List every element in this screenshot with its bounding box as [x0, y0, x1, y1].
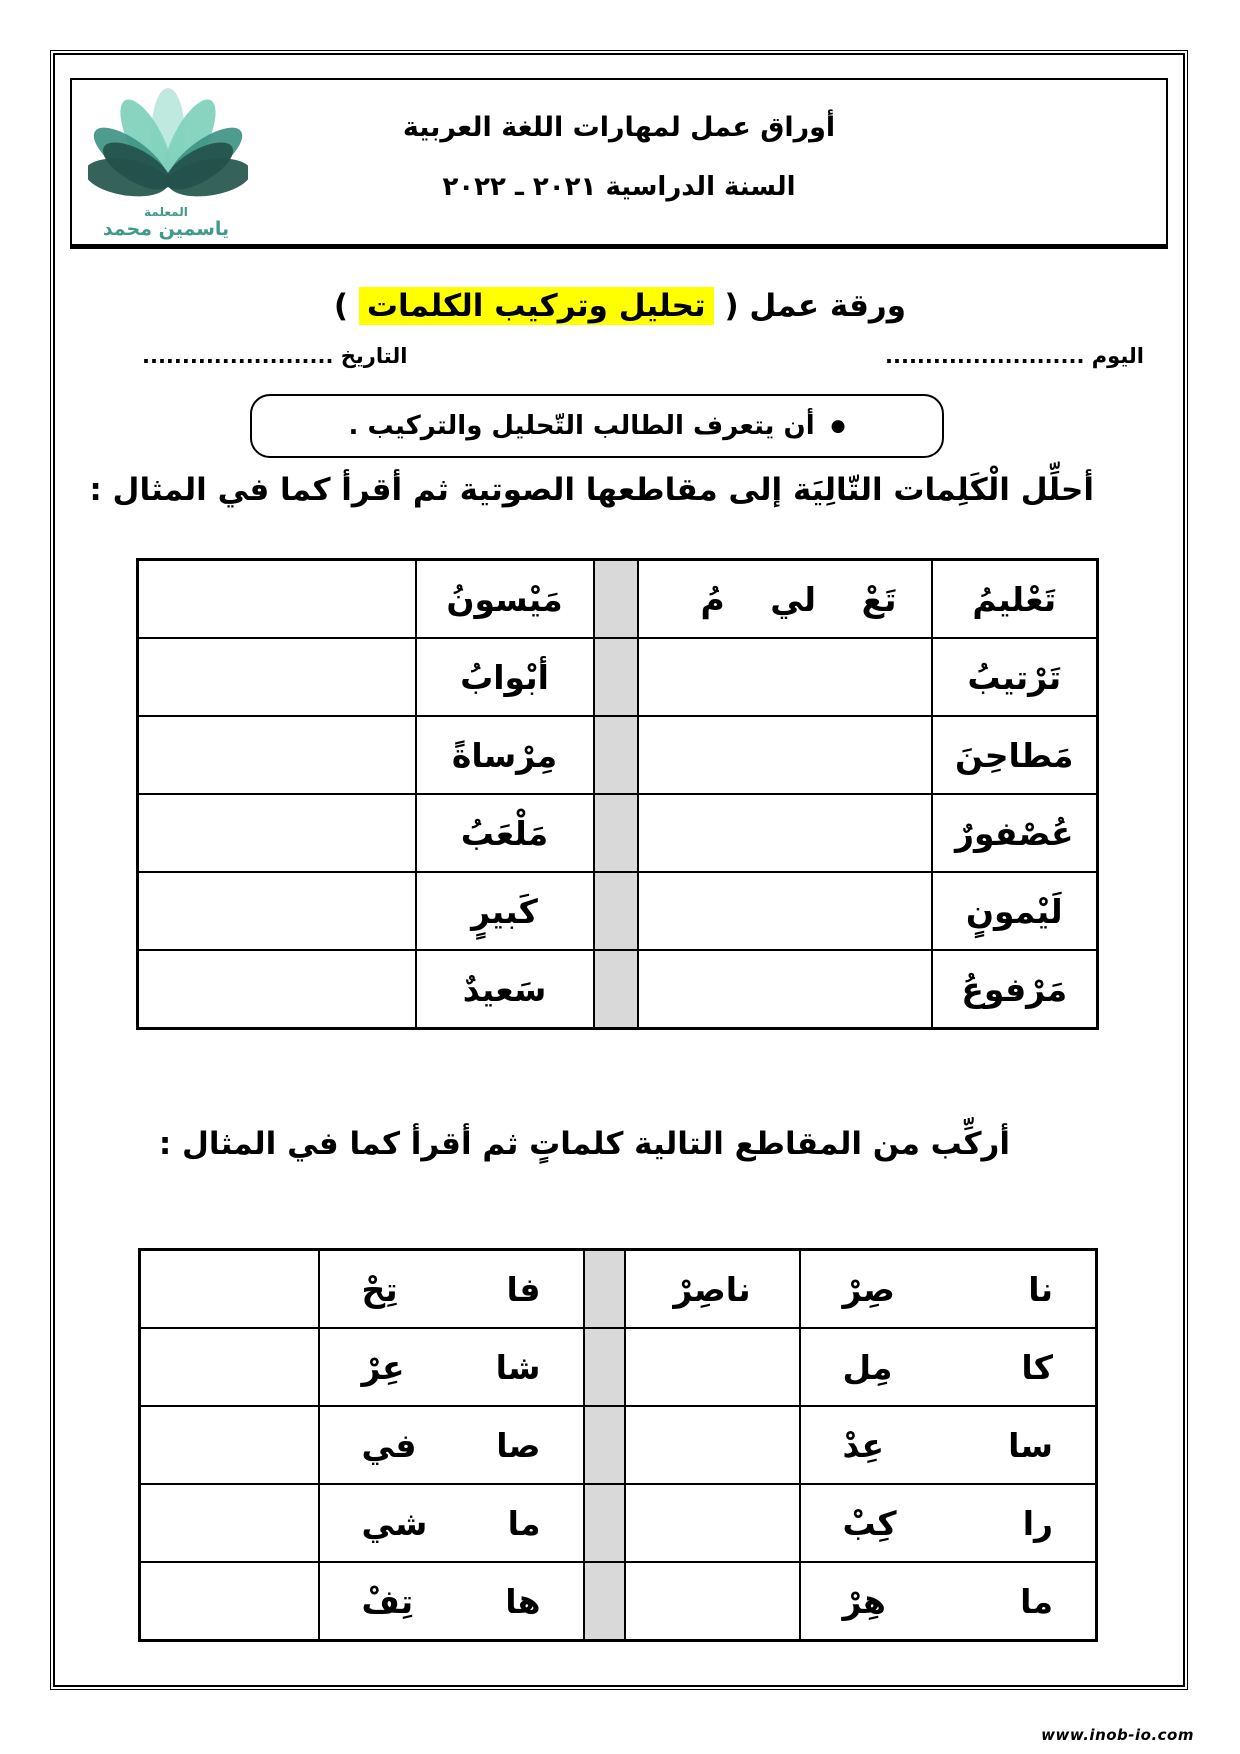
table-row: مَطاحِنَ مِرْساةً	[138, 716, 1098, 794]
date-dotted-line: ........................	[142, 344, 333, 368]
page-title-highlighted: تحليل وتركيب الكلمات	[359, 287, 714, 325]
syllables-cell: صا في	[319, 1406, 584, 1484]
logo-teacher-name: ياسمين محمد	[84, 220, 248, 240]
page-title-suffix: )	[334, 288, 348, 324]
word-cell: سَعيدٌ	[416, 950, 594, 1029]
bullet-icon: ●	[831, 418, 846, 435]
table-row: نا صِرْ ناصِرْ فا تِحْ	[140, 1250, 1097, 1329]
logo-teacher-label: المعلمة	[139, 206, 193, 219]
syllables-cell: نا صِرْ	[800, 1250, 1097, 1329]
table-row: لَيْمونٍ كَبيرٍ	[138, 872, 1098, 950]
syllable: لي	[770, 580, 816, 619]
school-logo: المعلمة ياسمين محمد	[84, 82, 248, 242]
syllable: مِل	[843, 1348, 893, 1387]
separator-cell	[594, 794, 638, 872]
table-row: را كِبْ ما شي	[140, 1484, 1097, 1562]
syllable: كِبْ	[843, 1504, 897, 1543]
table-row: ما هِرْ ها تِفْ	[140, 1562, 1097, 1641]
syllable: كا	[1021, 1348, 1053, 1387]
syllable: سا	[1008, 1426, 1053, 1465]
syllables-cell: سا عِدْ	[800, 1406, 1097, 1484]
syllables-cell: كا مِل	[800, 1328, 1097, 1406]
logo-caption: المعلمة ياسمين محمد	[84, 203, 248, 240]
word-answer-cell	[625, 1406, 800, 1484]
syllable: شا	[496, 1348, 541, 1387]
separator-cell	[594, 872, 638, 950]
page-title-prefix: ورقة عمل (	[724, 288, 906, 324]
separator-cell	[584, 1406, 625, 1484]
syllables-cell: فا تِحْ	[319, 1250, 584, 1329]
watermark-url: www.inob-io.com	[1041, 1726, 1194, 1744]
syllable: تِفْ	[362, 1582, 414, 1621]
analysis-answer-cell	[138, 950, 416, 1029]
analysis-answer-cell	[638, 950, 932, 1029]
day-field: اليوم .........................	[885, 344, 1144, 368]
word-cell: مَلْعَبُ	[416, 794, 594, 872]
analysis-example-cell: تَعْ لي مُ	[638, 560, 932, 639]
separator-cell	[594, 716, 638, 794]
syllable: فا	[507, 1270, 541, 1309]
syllable: عِدْ	[843, 1426, 885, 1465]
syllable: مُ	[701, 580, 725, 619]
date-field: التاريخ ........................	[142, 344, 407, 368]
word-answer-cell	[140, 1406, 319, 1484]
syllable: تَعْ	[862, 580, 897, 619]
table-row: تَعْليمُ تَعْ لي مُ مَيْسونُ	[138, 560, 1098, 639]
word-answer-cell	[625, 1328, 800, 1406]
syllables-cell: ما شي	[319, 1484, 584, 1562]
word-cell: مَطاحِنَ	[932, 716, 1098, 794]
section1-heading: أحلِّل الْكَلِمات التّالِيَة إلى مقاطعها…	[89, 472, 1094, 508]
day-dotted-line: .........................	[885, 344, 1084, 368]
objective-text: أن يتعرف الطالب التّحليل والتركيب .	[349, 411, 815, 441]
word-cell: مَيْسونُ	[416, 560, 594, 639]
syllable: ها	[505, 1582, 540, 1621]
syllable: صِرْ	[843, 1270, 895, 1309]
word-cell: تَعْليمُ	[932, 560, 1098, 639]
syllable: تِحْ	[362, 1270, 398, 1309]
section2-heading: أركِّب من المقاطع التالية كلماتٍ ثم أقرأ…	[159, 1126, 1010, 1162]
syllables-cell: شا عِرْ	[319, 1328, 584, 1406]
syllable: عِرْ	[362, 1348, 405, 1387]
syllables-cell: ما هِرْ	[800, 1562, 1097, 1641]
word-cell: أبْوابُ	[416, 638, 594, 716]
word-answer-cell	[625, 1562, 800, 1641]
analysis-answer-cell	[138, 560, 416, 639]
syllable: نا	[1028, 1270, 1053, 1309]
analysis-answer-cell	[138, 872, 416, 950]
composition-table: نا صِرْ ناصِرْ فا تِحْ كا مِل شا عِرْ سا…	[138, 1248, 1098, 1642]
word-cell: عُصْفورٌ	[932, 794, 1098, 872]
analysis-table: تَعْليمُ تَعْ لي مُ مَيْسونُ تَرْتيبُ أب…	[136, 558, 1099, 1030]
syllables-cell: ها تِفْ	[319, 1562, 584, 1641]
table-row: تَرْتيبُ أبْوابُ	[138, 638, 1098, 716]
analysis-answer-cell	[138, 716, 416, 794]
objective-box: ● أن يتعرف الطالب التّحليل والتركيب .	[250, 394, 944, 458]
word-answer-cell	[140, 1484, 319, 1562]
header-box: المعلمة ياسمين محمد أوراق عمل لمهارات ال…	[70, 78, 1168, 249]
page-title: ورقة عمل ( تحليل وتركيب الكلمات )	[0, 288, 1240, 324]
syllable: شي	[362, 1504, 428, 1543]
header-title: أوراق عمل لمهارات اللغة العربية	[72, 112, 1166, 143]
word-example-cell: ناصِرْ	[625, 1250, 800, 1329]
syllable: ما	[1020, 1582, 1053, 1621]
table-row: مَرْفوعُ سَعيدٌ	[138, 950, 1098, 1029]
analysis-answer-cell	[638, 794, 932, 872]
table-row: عُصْفورٌ مَلْعَبُ	[138, 794, 1098, 872]
word-cell: مِرْساةً	[416, 716, 594, 794]
word-cell: تَرْتيبُ	[932, 638, 1098, 716]
syllable: في	[362, 1426, 417, 1465]
separator-cell	[584, 1250, 625, 1329]
word-cell: مَرْفوعُ	[932, 950, 1098, 1029]
syllable: را	[1023, 1504, 1053, 1543]
syllable: هِرْ	[843, 1582, 886, 1621]
analysis-answer-cell	[638, 872, 932, 950]
date-label: التاريخ	[341, 344, 408, 368]
worksheet-page: { "page": { "header": { "title": "أوراق …	[0, 0, 1240, 1754]
word-cell: لَيْمونٍ	[932, 872, 1098, 950]
analysis-answer-cell	[138, 794, 416, 872]
word-answer-cell	[140, 1562, 319, 1641]
word-answer-cell	[140, 1328, 319, 1406]
day-label: اليوم	[1092, 344, 1144, 368]
word-answer-cell	[140, 1250, 319, 1329]
header-subtitle: السنة الدراسية ٢٠٢١ ـ ٢٠٢٢	[72, 172, 1166, 202]
separator-cell	[594, 950, 638, 1029]
separator-cell	[594, 638, 638, 716]
syllables-cell: را كِبْ	[800, 1484, 1097, 1562]
syllable: ما	[508, 1504, 541, 1543]
word-answer-cell	[625, 1484, 800, 1562]
syllable: صا	[496, 1426, 540, 1465]
word-cell: كَبيرٍ	[416, 872, 594, 950]
table-row: سا عِدْ صا في	[140, 1406, 1097, 1484]
analysis-answer-cell	[138, 638, 416, 716]
analysis-answer-cell	[638, 716, 932, 794]
separator-cell	[584, 1484, 625, 1562]
analysis-answer-cell	[638, 638, 932, 716]
separator-cell	[584, 1328, 625, 1406]
separator-cell	[584, 1562, 625, 1641]
table-row: كا مِل شا عِرْ	[140, 1328, 1097, 1406]
separator-cell	[594, 560, 638, 639]
